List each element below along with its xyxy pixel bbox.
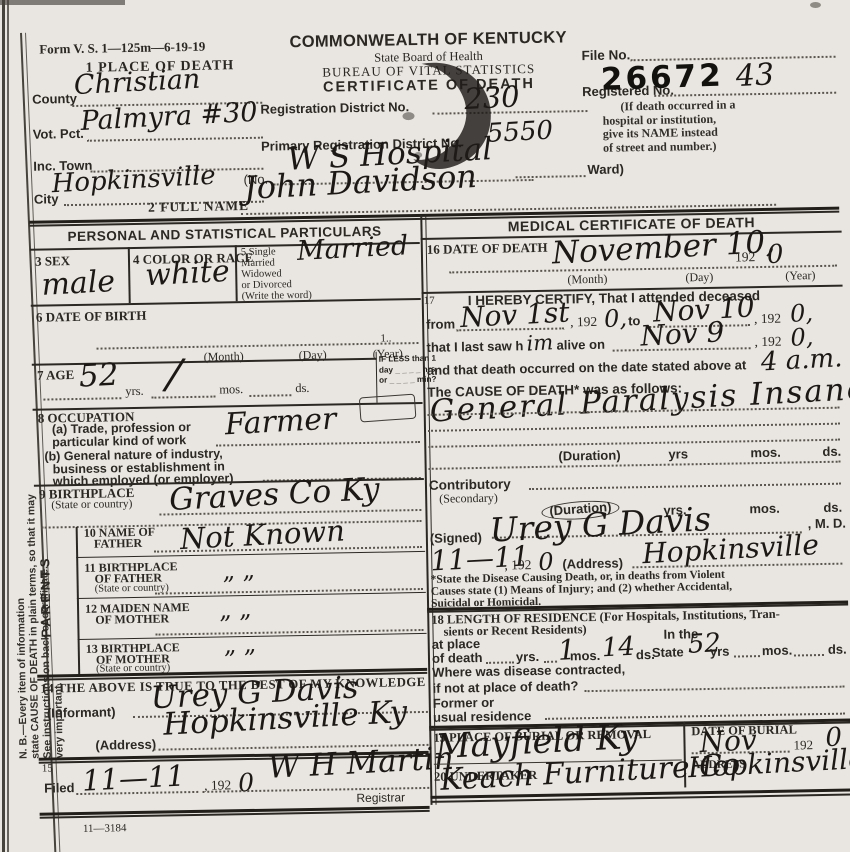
ward-label: Ward) <box>587 162 624 176</box>
sex-value: male <box>41 264 116 303</box>
duration-ds: ds. <box>822 445 841 459</box>
mother-maiden-label-2: OF MOTHER <box>95 612 169 626</box>
scan-top-smudge <box>0 0 125 5</box>
if-less-line-1: IF LESS than 1 <box>379 354 423 365</box>
residence-ds-value: 14 <box>601 632 636 664</box>
dob-label: 6 DATE OF BIRTH <box>36 309 147 325</box>
dob-line <box>97 342 419 350</box>
residence-state-label: State <box>652 645 684 659</box>
age-mos-label: mos. <box>219 383 243 397</box>
mother-maiden-ditto: ” ” <box>219 609 253 639</box>
residence-where-2: if not at place of death? <box>432 679 578 695</box>
full-name-value: John Davidson <box>243 157 478 207</box>
age-line-3 <box>249 394 291 397</box>
filed-label: Filed <box>44 781 75 795</box>
signed-year-printed: , 192 <box>504 558 531 573</box>
parents-side-label: PARENTS <box>38 526 54 666</box>
residence-mos: mos. <box>570 649 601 663</box>
age-line-2 <box>151 396 215 399</box>
registrar-label: Registrar <box>356 791 405 804</box>
informant-address-label: (Address) <box>95 738 156 753</box>
certificate-sheet: N. B.—Every item of information state CA… <box>0 0 850 852</box>
contributory-line <box>529 483 841 490</box>
certify-saw-label-2: alive on <box>556 338 605 352</box>
certify-occurred-label: and that death occurred on the date stat… <box>427 358 746 377</box>
dod-day-label: (Day) <box>685 271 713 284</box>
vot-pct-label: Vot. Pct. <box>33 127 84 142</box>
age-value: 52 <box>78 357 119 395</box>
certify-from-label: from <box>426 317 455 331</box>
residence-yrs-b: yrs <box>710 645 730 659</box>
vot-pct-value: Palmyra #30 <box>80 97 258 137</box>
dod-month-label: (Month) <box>567 273 607 286</box>
duration2-ds: ds. <box>823 501 842 515</box>
certify-to-year: , 192 <box>754 312 781 327</box>
full-name-label: 2 FULL NAME <box>148 199 249 215</box>
certify-from-year-hw: 0, <box>603 304 627 333</box>
mother-birthplace-ditto: ” ” <box>223 644 257 674</box>
parents-inner-divider <box>76 527 80 676</box>
informant-label: (Informant) <box>47 705 116 720</box>
age-slash-mark: / <box>165 349 183 399</box>
registered-no-stamp: 26672 <box>600 60 724 97</box>
residence-mos-b: mos. <box>762 644 793 658</box>
registration-district-label: Registration District No. <box>260 100 409 116</box>
certify-saw-him: im <box>526 330 554 355</box>
residence-ds-b: ds. <box>828 643 847 657</box>
duration-label: (Duration) <box>558 449 620 464</box>
occupation-a-line <box>216 441 420 447</box>
residence-line-d <box>794 654 824 657</box>
ward-line <box>516 175 586 178</box>
registered-no-handwritten: 43 <box>735 57 775 94</box>
form-number: Form V. S. 1—125m—6-19-19 <box>39 40 205 57</box>
certify-section-number: 17 <box>424 296 435 308</box>
filed-year-handwritten: 0 <box>237 768 254 798</box>
marital-value: Married <box>296 230 409 267</box>
note-line-4: of street and number.) <box>603 137 841 155</box>
county-value: Christian <box>73 64 201 102</box>
if-less-line-2: day _ _ _ _ hrs. <box>379 364 423 375</box>
scanned-certificate: N. B.—Every item of information state CA… <box>0 0 850 852</box>
certify-saw-value: Nov 9 <box>640 315 726 352</box>
vot-pct-line <box>87 137 263 142</box>
residence-yrs: yrs. <box>516 650 539 664</box>
secondary-label: (Secondary) <box>439 492 498 506</box>
certify-from-year: , 192 <box>570 315 597 330</box>
cause-of-death-value: General Paralysis Insane, <box>429 370 850 429</box>
filed-section-number: 15 <box>42 763 53 775</box>
duration2-mos: mos. <box>749 502 780 516</box>
residence-where-line <box>585 686 845 693</box>
certify-saw-label: that I last saw h <box>426 339 523 354</box>
if-less-text: IF LESS than 1 day _ _ _ _ hrs. or _ _ _… <box>377 351 424 386</box>
age-line-1 <box>43 397 121 400</box>
sex-race-divider <box>128 247 130 303</box>
if-less-line-3: or _ _ _ _ min? <box>379 375 423 386</box>
age-yrs-label: yrs. <box>125 385 144 398</box>
duration-yrs: yrs <box>668 447 688 461</box>
hospital-instruction-note: (If death occurred in a hospital or inst… <box>602 97 841 155</box>
dod-year-label: (Year) <box>785 269 815 282</box>
county-label: County <box>32 92 77 106</box>
print-code: 11—3184 <box>83 823 127 835</box>
duration-bottom-line <box>429 461 841 470</box>
signed-address-label: (Address) <box>562 556 623 571</box>
age-ds-label: ds. <box>295 382 309 395</box>
occupation-a-value: Farmer <box>224 402 337 443</box>
date-of-death-label: 16 DATE OF DEATH <box>427 241 548 257</box>
date-of-death-year-printed: 192 <box>735 250 755 265</box>
race-value: white <box>144 254 230 293</box>
dob-year-prefix: 1.. <box>380 333 391 345</box>
certify-from-value: Nov 1st <box>459 295 570 334</box>
birthplace-hint: (State or country) <box>51 498 132 511</box>
residence-where-1: Where was disease contracted, <box>432 662 625 679</box>
residence-line-c <box>734 655 760 657</box>
age-label: 7 AGE <box>37 368 74 382</box>
duration-mos: mos. <box>750 446 781 460</box>
father-name-label-2: FATHER <box>94 537 142 550</box>
hand-drawn-box <box>359 394 417 423</box>
